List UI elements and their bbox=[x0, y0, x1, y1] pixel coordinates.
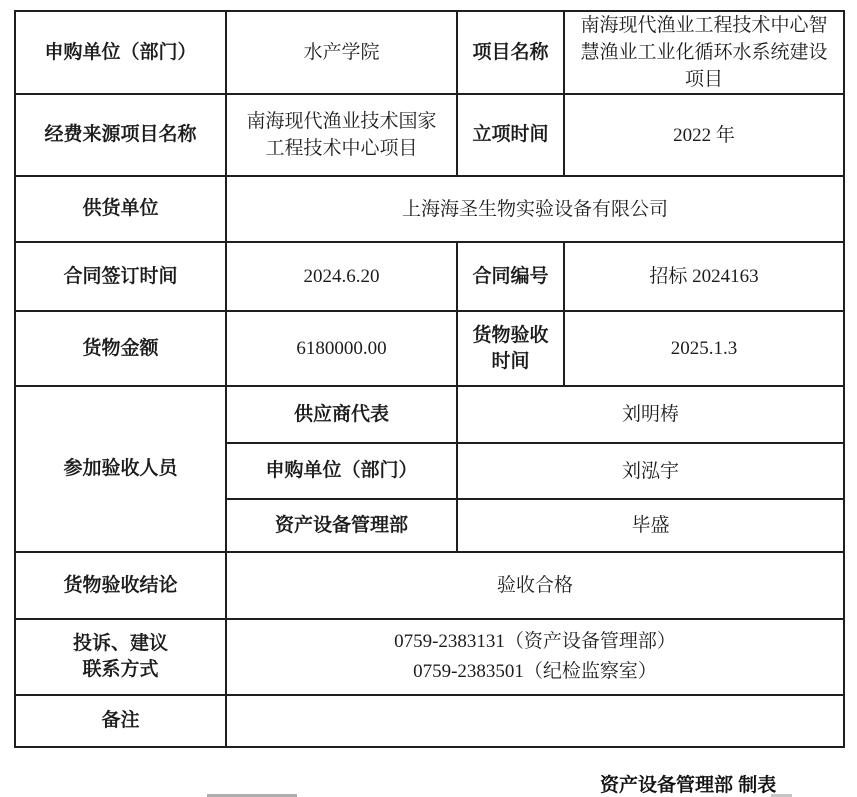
acceptance-date-label-line-2: 时间 bbox=[491, 351, 529, 372]
remarks-value bbox=[226, 695, 844, 747]
complaint-label-line-2: 联系方式 bbox=[82, 659, 158, 680]
row-complaint: 投诉、建议 联系方式 0759-2383131（资产设备管理部） 0759-23… bbox=[15, 619, 844, 695]
remarks-label: 备注 bbox=[15, 695, 226, 747]
participant-name-supplier-rep: 刘明梼 bbox=[457, 386, 844, 443]
acceptance-form-page: 申购单位（部门） 水产学院 项目名称 南海现代渔业工程技术中心智 慧渔业工业化循… bbox=[0, 0, 857, 797]
conclusion-value: 验收合格 bbox=[226, 552, 844, 619]
participant-name-purchasing-unit: 刘泓宇 bbox=[457, 443, 844, 499]
purchasing-unit-label: 申购单位（部门） bbox=[15, 11, 226, 94]
row-participant-supplier-rep: 参加验收人员 供应商代表 刘明梼 bbox=[15, 386, 844, 443]
contract-no-label: 合同编号 bbox=[457, 242, 564, 311]
complaint-phone-line-1: 0759-2383131（资产设备管理部） bbox=[394, 631, 676, 652]
purchasing-unit-value: 水产学院 bbox=[226, 11, 457, 94]
supplier-value: 上海海圣生物实验设备有限公司 bbox=[226, 176, 844, 242]
conclusion-label: 货物验收结论 bbox=[15, 552, 226, 619]
project-name-line-2: 慧渔业工业化循环水系统建设 bbox=[580, 42, 827, 63]
goods-amount-value: 6180000.00 bbox=[226, 311, 457, 386]
project-name-value: 南海现代渔业工程技术中心智 慧渔业工业化循环水系统建设 项目 bbox=[564, 11, 844, 94]
contract-no-value: 招标 2024163 bbox=[564, 242, 844, 311]
row-conclusion: 货物验收结论 验收合格 bbox=[15, 552, 844, 619]
complaint-label: 投诉、建议 联系方式 bbox=[15, 619, 226, 695]
row-funding-source: 经费来源项目名称 南海现代渔业技术国家 工程技术中心项目 立项时间 2022 年 bbox=[15, 94, 844, 176]
project-name-line-3: 项目 bbox=[685, 69, 723, 90]
funding-source-line-1: 南海现代渔业技术国家 bbox=[246, 111, 436, 132]
complaint-phone-line-2: 0759-2383501（纪检监察室） bbox=[413, 661, 657, 682]
project-name-label: 项目名称 bbox=[457, 11, 564, 94]
participants-label: 参加验收人员 bbox=[15, 386, 226, 552]
supplier-label: 供货单位 bbox=[15, 176, 226, 242]
acceptance-form-table: 申购单位（部门） 水产学院 项目名称 南海现代渔业工程技术中心智 慧渔业工业化循… bbox=[14, 10, 845, 748]
funding-source-label: 经费来源项目名称 bbox=[15, 94, 226, 176]
acceptance-date-value: 2025.1.3 bbox=[564, 311, 844, 386]
funding-source-value: 南海现代渔业技术国家 工程技术中心项目 bbox=[226, 94, 457, 176]
participant-role-asset-dept: 资产设备管理部 bbox=[226, 499, 457, 552]
row-remarks: 备注 bbox=[15, 695, 844, 747]
funding-source-line-2: 工程技术中心项目 bbox=[265, 138, 417, 159]
complaint-value: 0759-2383131（资产设备管理部） 0759-2383501（纪检监察室… bbox=[226, 619, 844, 695]
acceptance-date-label: 货物验收 时间 bbox=[457, 311, 564, 386]
row-goods-amount: 货物金额 6180000.00 货物验收 时间 2025.1.3 bbox=[15, 311, 844, 386]
project-approval-label: 立项时间 bbox=[457, 94, 564, 176]
project-approval-value: 2022 年 bbox=[564, 94, 844, 176]
row-supplier: 供货单位 上海海圣生物实验设备有限公司 bbox=[15, 176, 844, 242]
contract-sign-date-label: 合同签订时间 bbox=[15, 242, 226, 311]
project-name-line-1: 南海现代渔业工程技术中心智 bbox=[580, 15, 827, 36]
participant-role-purchasing-unit: 申购单位（部门） bbox=[226, 443, 457, 499]
contract-sign-date-value: 2024.6.20 bbox=[226, 242, 457, 311]
goods-amount-label: 货物金额 bbox=[15, 311, 226, 386]
complaint-label-line-1: 投诉、建议 bbox=[73, 633, 168, 654]
row-contract: 合同签订时间 2024.6.20 合同编号 招标 2024163 bbox=[15, 242, 844, 311]
table-preparer-note: 资产设备管理部 制表 bbox=[600, 770, 776, 797]
participant-name-asset-dept: 毕盛 bbox=[457, 499, 844, 552]
participant-role-supplier-rep: 供应商代表 bbox=[226, 386, 457, 443]
row-purchasing-unit: 申购单位（部门） 水产学院 项目名称 南海现代渔业工程技术中心智 慧渔业工业化循… bbox=[15, 11, 844, 94]
acceptance-date-label-line-1: 货物验收 bbox=[472, 325, 548, 346]
